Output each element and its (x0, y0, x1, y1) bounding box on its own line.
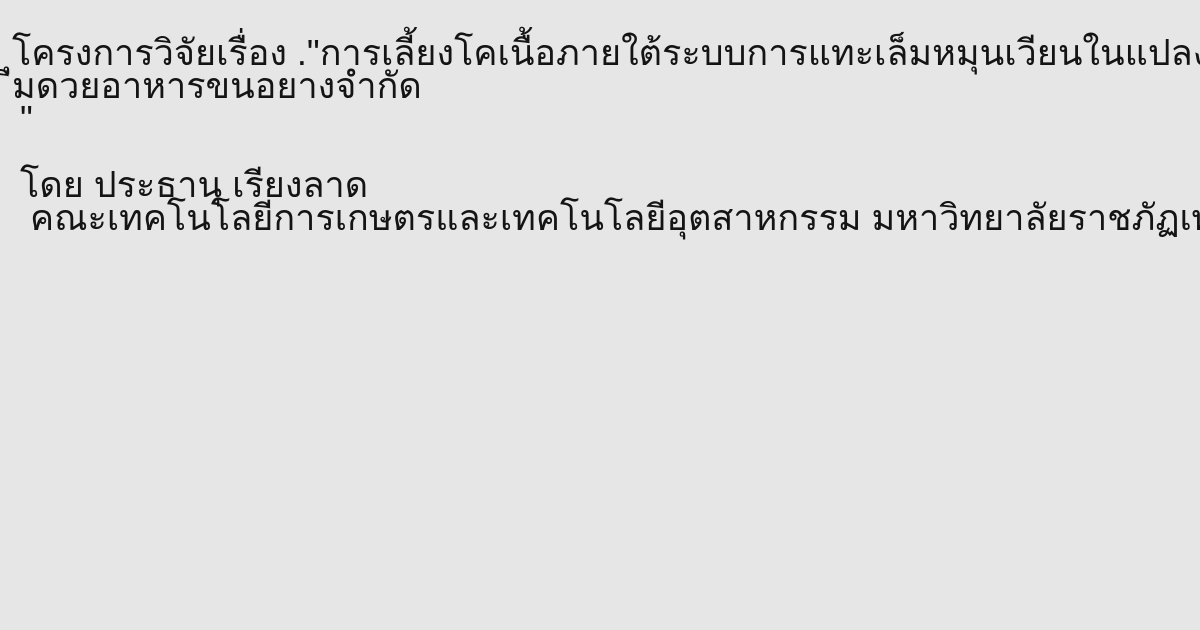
text-block: ุโครงการวิจัยเรื่อง ."การเลี้ยงโคเนื้อภา… (2, 36, 1198, 234)
research-title-line-2: ิมดวยอาหารขนอยางจำกัด (2, 69, 1198, 102)
text-card: ุโครงการวิจัยเรื่อง ."การเลี้ยงโคเนื้อภา… (0, 0, 1200, 630)
affiliation-line: คณะเทคโนโลยีการเกษตรและเทคโนโลยีอุตสาหกร… (2, 201, 1198, 234)
research-title-closing-quote: " (2, 102, 1198, 135)
